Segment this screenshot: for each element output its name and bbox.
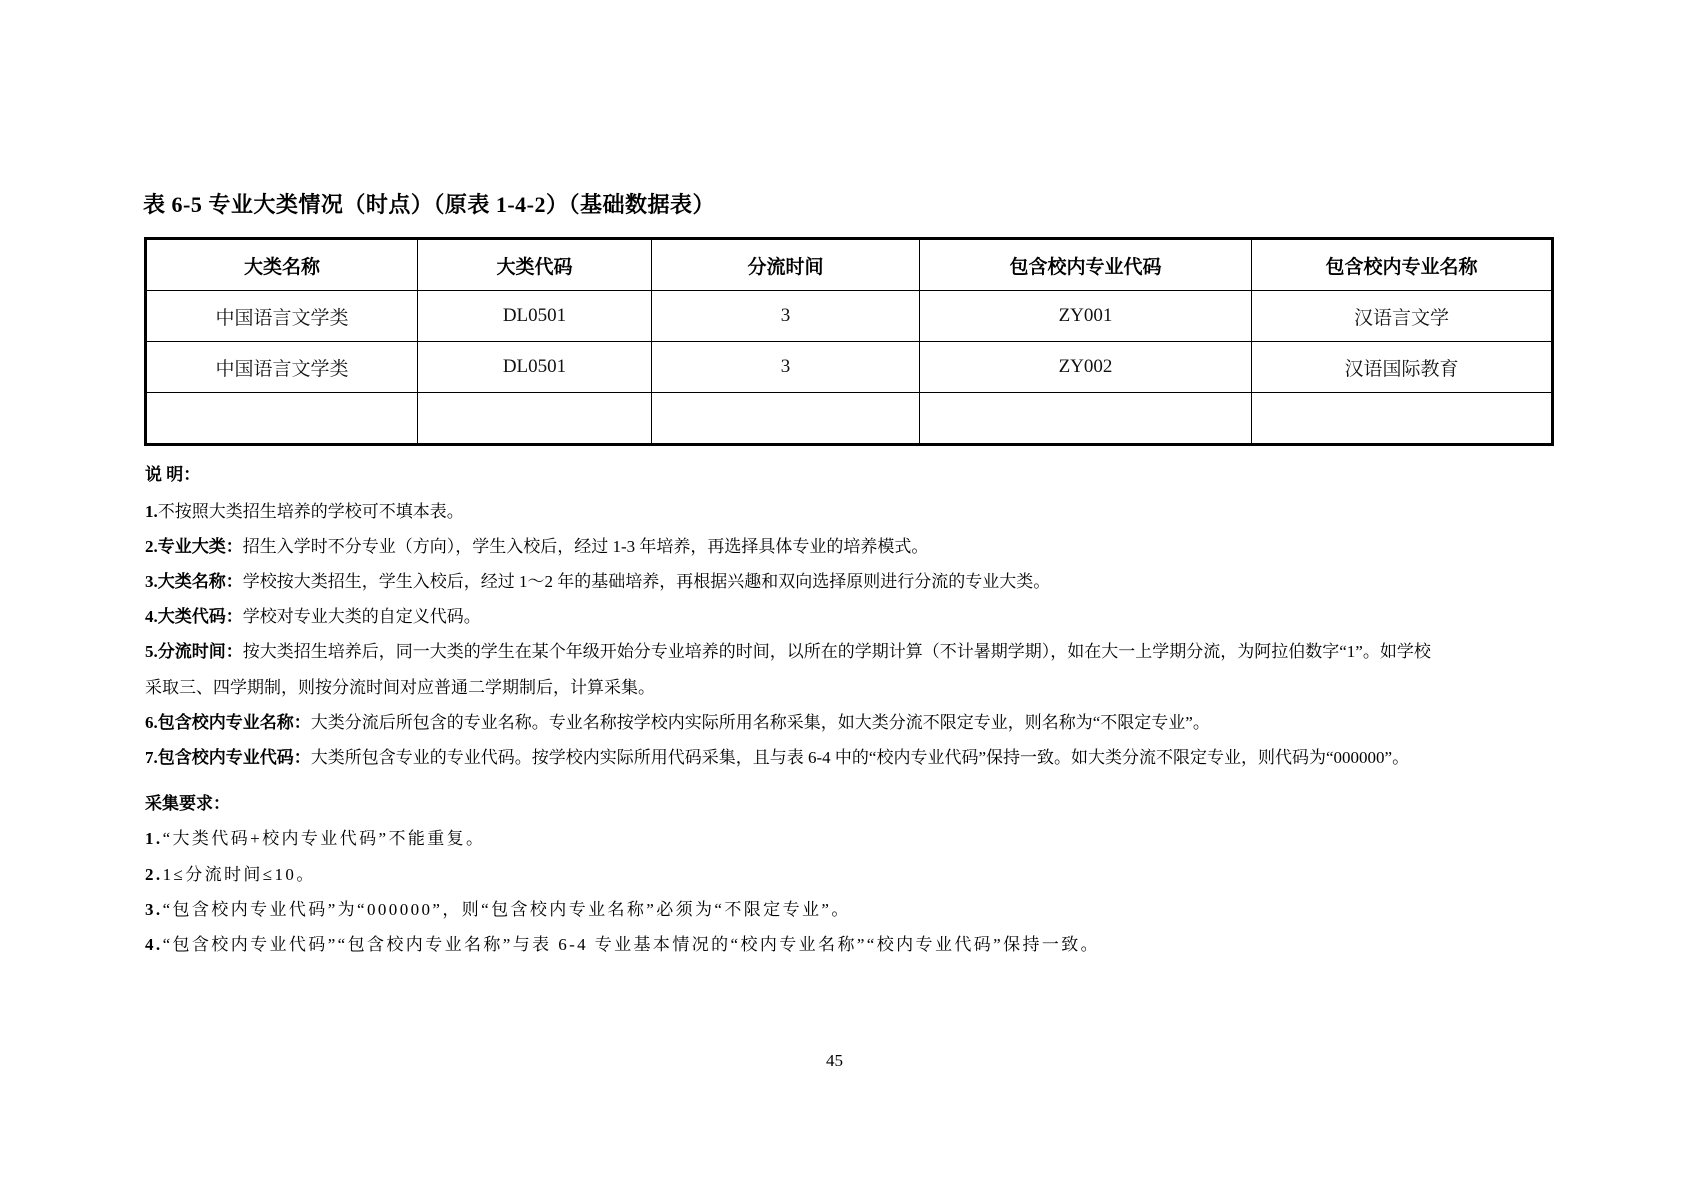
note-item-2: 2.专业大类：招生入学时不分专业（方向），学生入校后，经过 1-3 年培养，再选… [145,537,928,557]
requirement-text: “包含校内专业代码”为“000000”，则“包含校内专业名称”必须为“不限定专业… [163,900,851,919]
notes-heading: 说 明： [145,465,200,485]
requirement-item-4: 4.“包含校内专业代码”“包含校内专业名称”与表 6-4 专业基本情况的“校内专… [145,935,1100,955]
note-item-1: 1.不按照大类招生培养的学校可不填本表。 [145,502,464,522]
page-number: 45 [826,1051,843,1071]
header-split-time: 分流时间 [652,239,920,291]
requirements-heading-text: 采集要求： [145,794,230,813]
note-number: 6. [145,713,158,732]
table-row: 中国语言文学类 DL0501 3 ZY002 汉语国际教育 [146,342,1553,393]
note-number: 7. [145,748,158,767]
table-caption: 表 6-5 专业大类情况（时点）（原表 1-4-2）（基础数据表） [143,188,715,219]
requirement-item-2: 2.1≤分流时间≤10。 [145,865,316,885]
requirement-item-1: 1.“大类代码+校内专业代码”不能重复。 [145,829,485,849]
note-item-7: 7.包含校内专业代码：大类所包含专业的专业代码。按学校内实际所用代码采集，且与表… [145,748,1409,768]
cell-split-time: 3 [652,291,920,342]
cell-category-name [146,393,418,445]
note-label: 包含校内专业代码： [158,748,311,767]
note-text: 大类所包含专业的专业代码。按学校内实际所用代码采集，且与表 6-4 中的“校内专… [311,748,1409,767]
cell-split-time: 3 [652,342,920,393]
note-label: 大类名称： [158,572,243,591]
cell-major-name [1252,393,1553,445]
cell-category-code [418,393,652,445]
requirement-text: “包含校内专业代码”“包含校内专业名称”与表 6-4 专业基本情况的“校内专业名… [163,935,1101,954]
table-row: 中国语言文学类 DL0501 3 ZY001 汉语言文学 [146,291,1553,342]
note-item-3: 3.大类名称：学校按大类招生，学生入校后，经过 1～2 年的基础培养，再根据兴趣… [145,572,1050,592]
requirement-text: “大类代码+校内专业代码”不能重复。 [163,829,486,848]
note-text: 采取三、四学期制，则按分流时间对应普通二学期制后，计算采集。 [145,678,655,697]
cell-major-name: 汉语言文学 [1252,291,1553,342]
note-text: 不按照大类招生培养的学校可不填本表。 [158,502,464,521]
note-label: 包含校内专业名称： [158,713,311,732]
cell-major-code [920,393,1252,445]
requirement-number: 1. [145,829,163,848]
note-label: 分流时间： [158,642,243,661]
note-label: 专业大类： [158,537,243,556]
note-item-4: 4.大类代码：学校对专业大类的自定义代码。 [145,607,481,627]
note-text: 招生入学时不分专业（方向），学生入校后，经过 1-3 年培养，再选择具体专业的培… [243,537,929,556]
note-text: 学校按大类招生，学生入校后，经过 1～2 年的基础培养，再根据兴趣和双向选择原则… [243,572,1051,591]
cell-major-code: ZY001 [920,291,1252,342]
note-number: 2. [145,537,158,556]
requirement-item-3: 3.“包含校内专业代码”为“000000”，则“包含校内专业名称”必须为“不限定… [145,900,851,920]
note-text: 大类分流后所包含的专业名称。专业名称按学校内实际所用名称采集，如大类分流不限定专… [311,713,1210,732]
cell-category-name: 中国语言文学类 [146,291,418,342]
notes-heading-text: 说 明： [145,465,200,484]
note-text: 学校对专业大类的自定义代码。 [243,607,481,626]
note-item-5: 5.分流时间：按大类招生培养后，同一大类的学生在某个年级开始分专业培养的时间，以… [145,642,1431,662]
requirement-number: 3. [145,900,163,919]
note-number: 5. [145,642,158,661]
note-number: 4. [145,607,158,626]
major-category-table: 大类名称 大类代码 分流时间 包含校内专业代码 包含校内专业名称 中国语言文学类… [144,237,1554,446]
note-label: 大类代码： [158,607,243,626]
header-major-code: 包含校内专业代码 [920,239,1252,291]
note-item-5-continued: 采取三、四学期制，则按分流时间对应普通二学期制后，计算采集。 [145,678,655,698]
cell-major-name: 汉语国际教育 [1252,342,1553,393]
table-header-row: 大类名称 大类代码 分流时间 包含校内专业代码 包含校内专业名称 [146,239,1553,291]
requirement-number: 4. [145,935,163,954]
requirement-number: 2. [145,865,163,884]
table-row-empty [146,393,1553,445]
requirements-heading: 采集要求： [145,794,230,814]
header-major-name: 包含校内专业名称 [1252,239,1553,291]
header-category-name: 大类名称 [146,239,418,291]
note-item-6: 6.包含校内专业名称：大类分流后所包含的专业名称。专业名称按学校内实际所用名称采… [145,713,1210,733]
note-number: 1. [145,502,158,521]
note-number: 3. [145,572,158,591]
cell-category-code: DL0501 [418,342,652,393]
cell-category-code: DL0501 [418,291,652,342]
requirement-text: 1≤分流时间≤10。 [163,865,316,884]
note-text: 按大类招生培养后，同一大类的学生在某个年级开始分专业培养的时间，以所在的学期计算… [243,642,1431,661]
cell-category-name: 中国语言文学类 [146,342,418,393]
header-category-code: 大类代码 [418,239,652,291]
cell-split-time [652,393,920,445]
cell-major-code: ZY002 [920,342,1252,393]
